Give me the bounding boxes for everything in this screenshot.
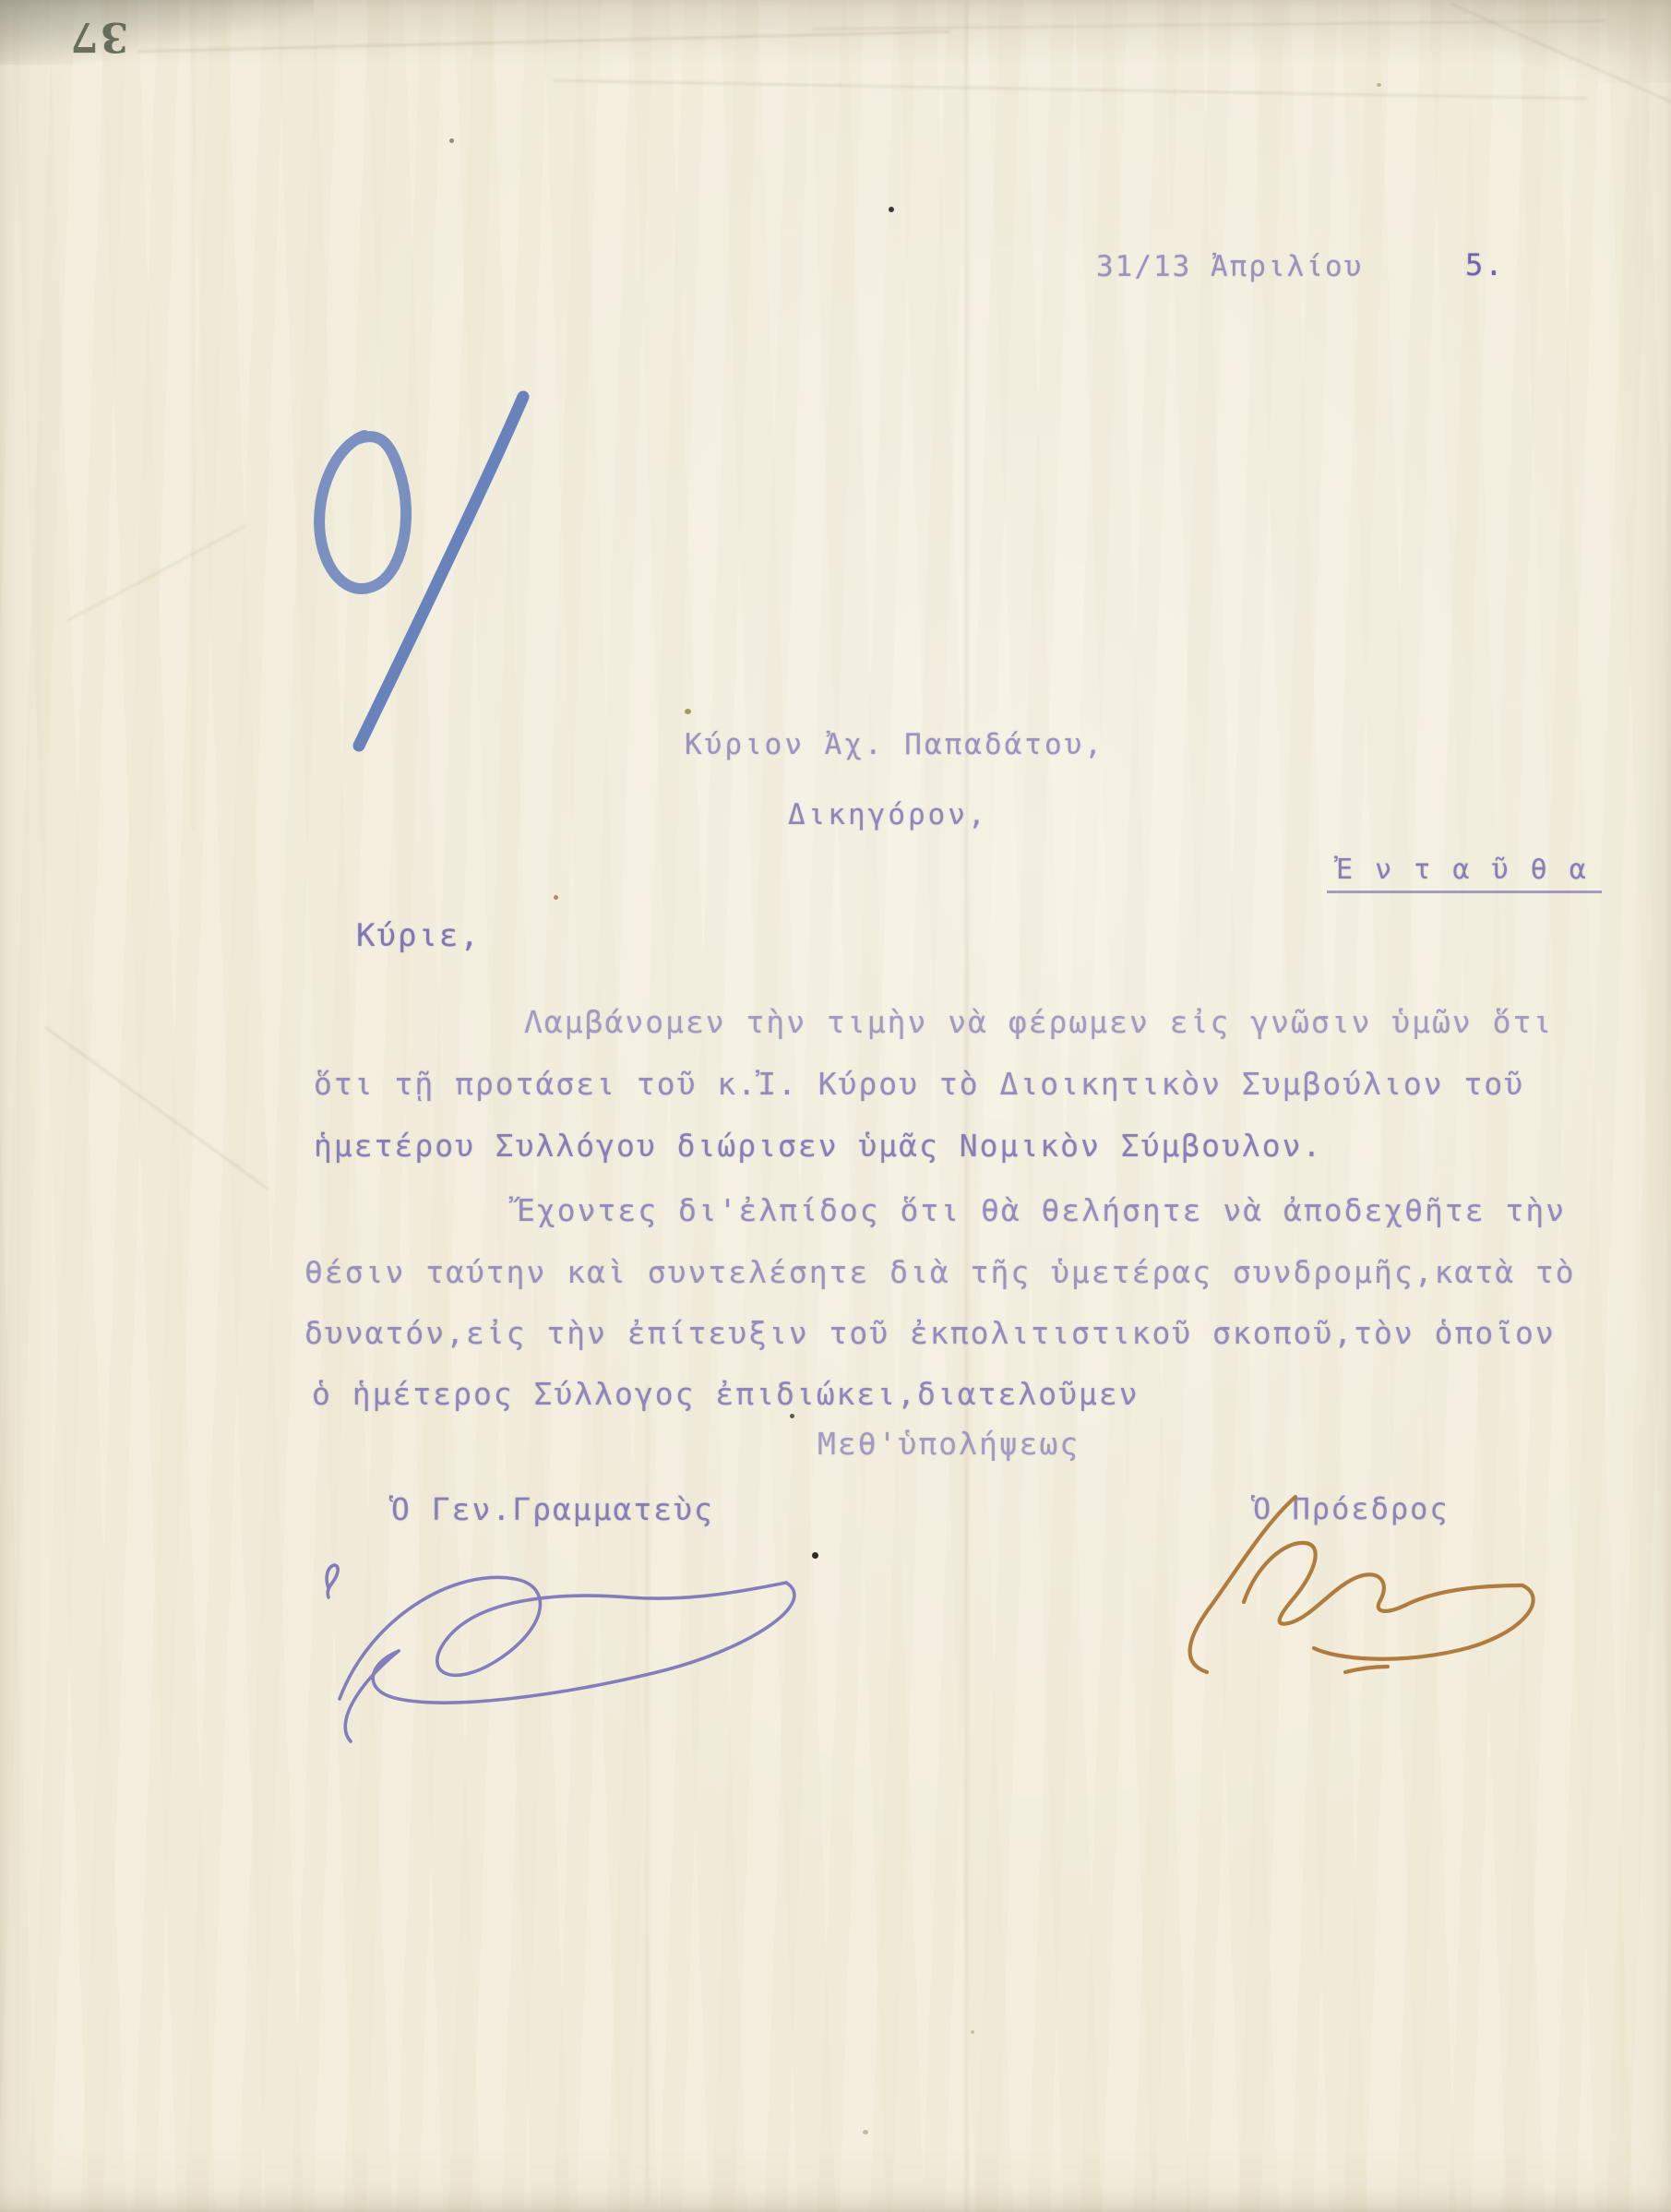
body-line: δυνατόν,εἰς τὴν ἐπίτευξιν τοῦ ἐκπολιτιστ…: [304, 1317, 1556, 1350]
ink-speck: [449, 138, 454, 143]
paper-wrinkle: [44, 1026, 269, 1190]
location-text: Ἐ ν τ α ῦ θ α: [1327, 855, 1602, 893]
blue-pencil-mark: [300, 388, 549, 757]
body-line: ἡμετέρου Συλλόγου διώρισεν ὑμᾶς Νομικὸν …: [314, 1130, 1322, 1163]
scanned-letter-page: 37 31/13 Ἀπριλίου 5. Κύριον Ἀχ. Παπαδάτο…: [0, 0, 1671, 2212]
location-line: Ἐ ν τ α ῦ θ α: [1327, 855, 1602, 893]
ink-speck: [685, 709, 691, 714]
ink-speck: [863, 2130, 868, 2134]
ink-speck: [812, 1552, 818, 1559]
corner-shadow-top-left: [0, 0, 314, 65]
date-suffix: 5.: [1465, 249, 1505, 281]
secretary-title: Ὁ Γεν.Γραμματεὺς: [391, 1493, 714, 1526]
recipient-title: Δικηγόρον,: [788, 799, 988, 831]
secretary-signature: [314, 1555, 812, 1749]
recipient-name: Κύριον Ἀχ. Παπαδάτου,: [685, 729, 1104, 760]
closing-line: Μεθ'ὑπολήψεως: [818, 1428, 1080, 1461]
paper-wrinkle: [66, 524, 246, 621]
body-line: Λαμβάνομεν τὴν τιμὴν νὰ φέρωμεν εἰς γνῶσ…: [524, 1006, 1553, 1039]
ink-speck: [790, 1414, 794, 1418]
body-line: ὅτι τῇ προτάσει τοῦ κ.Ἰ. Κύρου τὸ Διοικη…: [314, 1068, 1524, 1101]
paper-crease: [192, 0, 195, 831]
salutation: Κύριε,: [356, 919, 481, 953]
president-signature: [1155, 1513, 1552, 1698]
body-line: Ἔχοντες δι'ἐλπίδος ὅτι θὰ θελήσητε νὰ ἀπ…: [517, 1194, 1566, 1227]
body-line: ὁ ἡμέτερος Σύλλογος ἐπιδιώκει,διατελοῦμε…: [312, 1378, 1140, 1411]
body-line: θέσιν ταύτην καὶ συντελέσητε διὰ τῆς ὑμε…: [304, 1256, 1576, 1289]
paper-crease: [965, 0, 968, 2212]
ink-speck: [1377, 83, 1381, 87]
ink-speck: [971, 2030, 974, 2034]
ink-speck: [554, 895, 558, 900]
ink-speck: [889, 207, 894, 212]
date-main: 31/13 Ἀπριλίου: [1096, 251, 1363, 282]
archive-page-number: 37: [68, 13, 128, 60]
